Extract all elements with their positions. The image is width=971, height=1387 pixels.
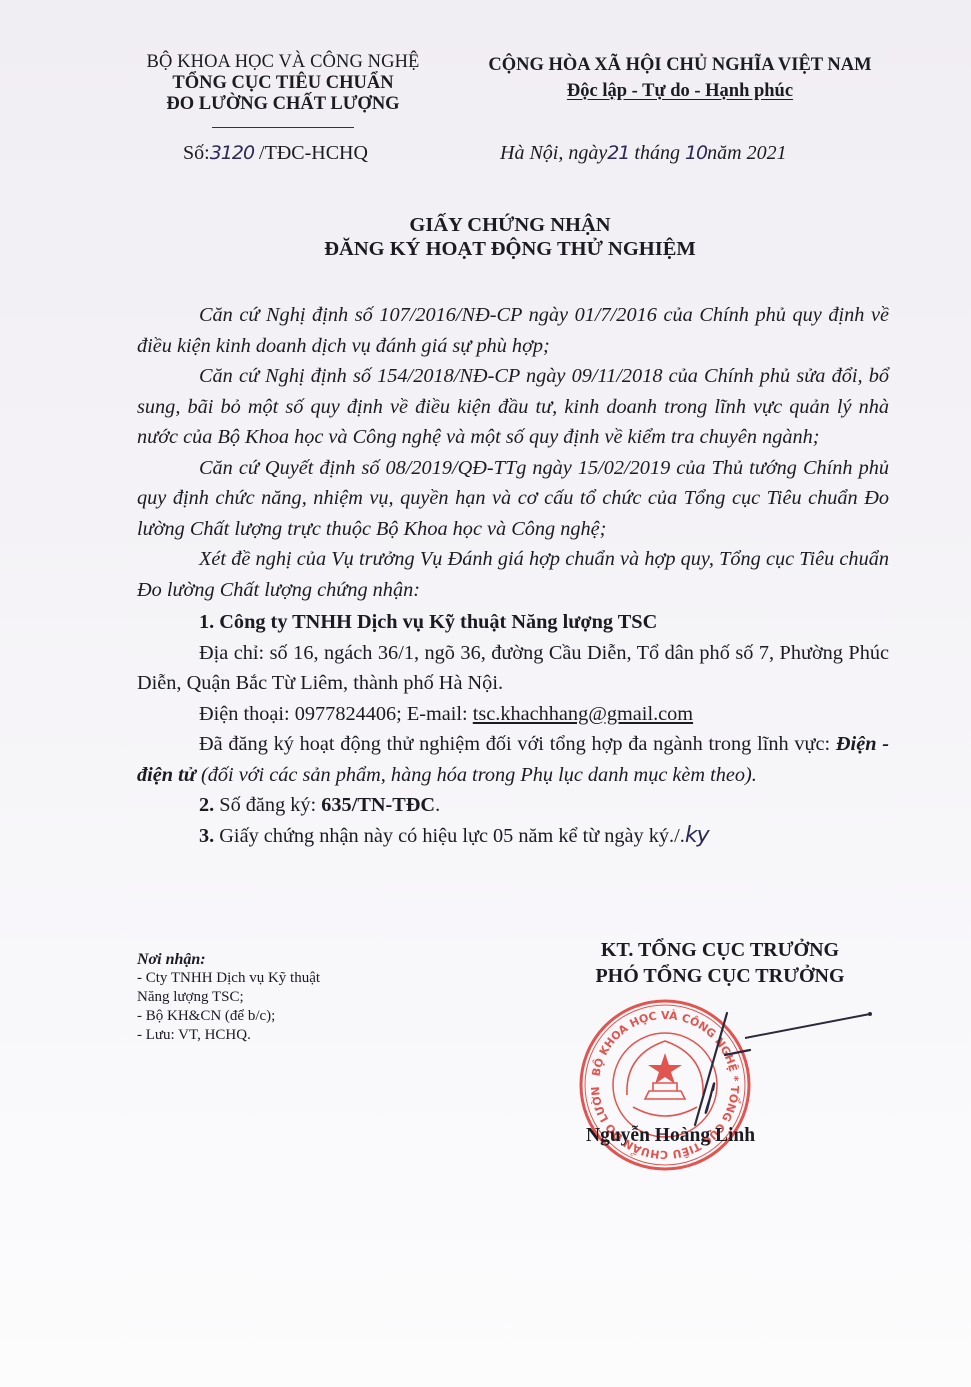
republic-name: CỘNG HÒA XÃ HỘI CHỦ NGHĨA VIỆT NAM: [460, 52, 900, 78]
document-number: Số:3120 /TĐC-HCHQ: [183, 142, 368, 165]
recipients-heading: Nơi nhận:: [137, 950, 437, 969]
issue-date: Hà Nội, ngày21 tháng 10năm 2021: [500, 142, 787, 165]
phone-label: Điện thoại: 0977824406; E-mail:: [199, 703, 473, 725]
handwritten-initials: ky: [685, 823, 709, 848]
validity-text: Giấy chứng nhận này có hiệu lực 05 năm k…: [214, 825, 685, 847]
doc-number-suffix: /TĐC-HCHQ: [254, 142, 368, 164]
recipient-item: - Bộ KH&CN (để b/c);: [137, 1007, 437, 1026]
period: .: [435, 794, 440, 816]
signatory-title-line2: PHÓ TỔNG CỤC TRƯỞNG: [540, 963, 900, 989]
email-link[interactable]: tsc.khachhang@gmail.com: [473, 703, 693, 725]
title-line1: GIẤY CHỨNG NHẬN: [130, 213, 890, 237]
doc-number-handwritten: 3120: [210, 142, 254, 164]
preamble-paragraph: Căn cứ Nghị định số 107/2016/NĐ-CP ngày …: [137, 300, 889, 361]
date-month: 10: [685, 142, 707, 164]
registration-number: 2. Số đăng ký: 635/TN-TĐC.: [137, 790, 889, 821]
issuing-authority-header: BỘ KHOA HỌC VÀ CÔNG NGHỆ TỔNG CỤC TIÊU C…: [118, 52, 448, 115]
signature-stroke-icon: [745, 1010, 875, 1040]
date-day: 21: [607, 142, 629, 164]
preamble-paragraph: Căn cứ Nghị định số 154/2018/NĐ-CP ngày …: [137, 361, 889, 453]
date-place: Hà Nội, ngày: [500, 142, 607, 164]
agency-name-line1: TỔNG CỤC TIÊU CHUẨN: [118, 73, 448, 94]
preamble-paragraph: Xét đề nghị của Vụ trưởng Vụ Đánh giá hợ…: [137, 544, 889, 605]
recipients-block: Nơi nhận: - Cty TNHH Dịch vụ Kỹ thuật Nă…: [137, 950, 437, 1045]
title-line2: ĐĂNG KÝ HOẠT ĐỘNG THỬ NGHIỆM: [130, 237, 890, 261]
date-year: năm 2021: [707, 142, 786, 164]
document-title: GIẤY CHỨNG NHẬN ĐĂNG KÝ HOẠT ĐỘNG THỬ NG…: [130, 213, 890, 261]
document-page: BỘ KHOA HỌC VÀ CÔNG NGHỆ TỔNG CỤC TIÊU C…: [0, 0, 971, 1387]
scope-suffix: (đối với các sản phẩm, hàng hóa trong Ph…: [196, 764, 757, 786]
signatory-title: KT. TỔNG CỤC TRƯỞNG PHÓ TỔNG CỤC TRƯỞNG: [540, 937, 900, 989]
official-seal-icon: BỘ KHOA HỌC VÀ CÔNG NGHỆ * TỔNG CỤC TIÊU…: [575, 995, 755, 1175]
ministry-name: BỘ KHOA HỌC VÀ CÔNG NGHỆ: [118, 52, 448, 73]
date-month-label: tháng: [629, 142, 685, 164]
company-contact: Điện thoại: 0977824406; E-mail: tsc.khac…: [137, 699, 889, 730]
doc-number-prefix: Số:: [183, 142, 210, 164]
registration-value: 635/TN-TĐC: [321, 794, 435, 816]
agency-name-line2: ĐO LƯỜNG CHẤT LƯỢNG: [118, 94, 448, 115]
document-body: Căn cứ Nghị định số 107/2016/NĐ-CP ngày …: [137, 300, 889, 851]
national-header: CỘNG HÒA XÃ HỘI CHỦ NGHĨA VIỆT NAM Độc l…: [460, 52, 900, 104]
signatory-title-line1: KT. TỔNG CỤC TRƯỞNG: [540, 937, 900, 963]
scope-prefix: Đã đăng ký hoạt động thử nghiệm đối với …: [199, 733, 836, 755]
header-divider: [212, 127, 354, 128]
recipient-item: - Lưu: VT, HCHQ.: [137, 1026, 437, 1045]
recipient-item: Năng lượng TSC;: [137, 988, 437, 1007]
signer-name: Nguyễn Hoàng Linh: [586, 1125, 755, 1147]
validity-statement: 3. Giấy chứng nhận này có hiệu lực 05 nă…: [137, 821, 889, 852]
recipient-item: - Cty TNHH Dịch vụ Kỹ thuật: [137, 969, 437, 988]
national-motto: Độc lập - Tự do - Hạnh phúc: [567, 81, 793, 101]
company-address: Địa chỉ: số 16, ngách 36/1, ngõ 36, đườn…: [137, 638, 889, 699]
item-number: 2.: [199, 794, 214, 816]
registration-label: Số đăng ký:: [214, 794, 321, 816]
company-heading: 1. Công ty TNHH Dịch vụ Kỹ thuật Năng lư…: [137, 607, 889, 638]
registration-scope: Đã đăng ký hoạt động thử nghiệm đối với …: [137, 729, 889, 790]
preamble-paragraph: Căn cứ Quyết định số 08/2019/QĐ-TTg ngày…: [137, 453, 889, 545]
item-number: 3.: [199, 825, 214, 847]
